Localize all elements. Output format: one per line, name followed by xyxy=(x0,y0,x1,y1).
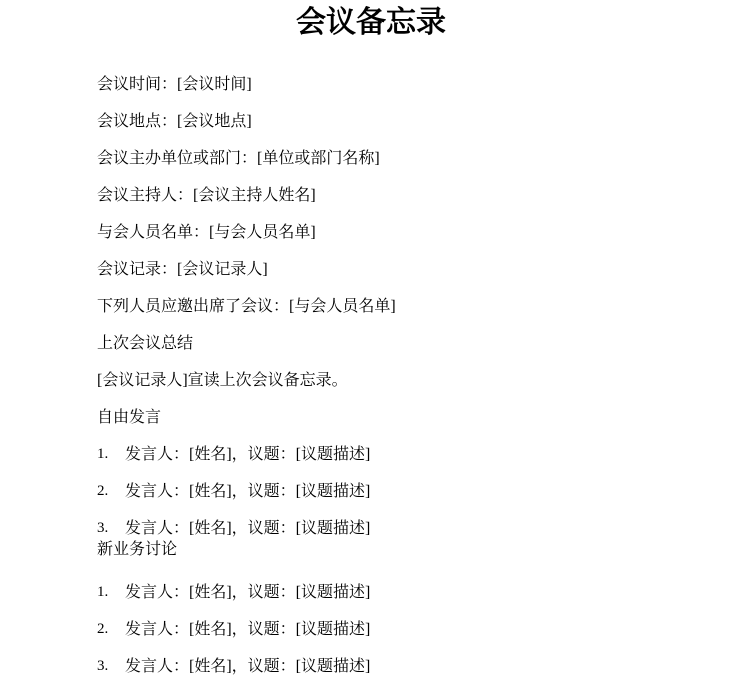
list-item-text: 发言人：[姓名]，议题：[议题描述] xyxy=(125,621,370,638)
list-item-text: 发言人：[姓名]，议题：[议题描述] xyxy=(125,658,370,675)
document-title: 会议备忘录 xyxy=(0,6,742,40)
list-item-text: 发言人：[姓名]，议题：[议题描述] xyxy=(125,520,370,537)
new-business-list: 1. 发言人：[姓名]，议题：[议题描述] 2. 发言人：[姓名]，议题：[议题… xyxy=(97,582,682,675)
paragraph-last-meeting-readout: [会议记录人]宣读上次会议备忘录。 xyxy=(97,370,682,391)
section-heading-last-meeting-summary: 上次会议总结 xyxy=(97,333,682,354)
free-discussion-item-3: 3. 发言人：[姓名]，议题：[议题描述] xyxy=(97,518,682,539)
free-discussion-list: 1. 发言人：[姓名]，议题：[议题描述] 2. 发言人：[姓名]，议题：[议题… xyxy=(97,444,682,539)
new-business-item-2: 2. 发言人：[姓名]，议题：[议题描述] xyxy=(97,619,682,640)
list-item-number: 1. xyxy=(97,582,108,603)
meta-line-meeting-recorder: 会议记录：[会议记录人] xyxy=(97,259,682,280)
new-business-item-3: 3. 发言人：[姓名]，议题：[议题描述] xyxy=(97,656,682,675)
meta-line-attendee-list: 与会人员名单：[与会人员名单] xyxy=(97,222,682,243)
new-business-item-1: 1. 发言人：[姓名]，议题：[议题描述] xyxy=(97,582,682,603)
free-discussion-item-1: 1. 发言人：[姓名]，议题：[议题描述] xyxy=(97,444,682,465)
meta-line-organizer-unit: 会议主办单位或部门：[单位或部门名称] xyxy=(97,148,682,169)
section-heading-new-business: 新业务讨论 xyxy=(97,539,682,560)
list-item-text: 发言人：[姓名]，议题：[议题描述] xyxy=(125,584,370,601)
meta-line-invited-attendees: 下列人员应邀出席了会议：[与会人员名单] xyxy=(97,296,682,317)
list-item-number: 1. xyxy=(97,444,108,465)
document-page: 会议备忘录 会议时间：[会议时间] 会议地点：[会议地点] 会议主办单位或部门：… xyxy=(0,0,742,675)
list-item-number: 3. xyxy=(97,656,108,675)
list-item-text: 发言人：[姓名]，议题：[议题描述] xyxy=(125,446,370,463)
list-item-text: 发言人：[姓名]，议题：[议题描述] xyxy=(125,483,370,500)
document-body: 会议时间：[会议时间] 会议地点：[会议地点] 会议主办单位或部门：[单位或部门… xyxy=(0,74,742,675)
list-item-number: 2. xyxy=(97,619,108,640)
section-heading-free-discussion: 自由发言 xyxy=(97,407,682,428)
meta-line-meeting-time: 会议时间：[会议时间] xyxy=(97,74,682,95)
free-discussion-item-2: 2. 发言人：[姓名]，议题：[议题描述] xyxy=(97,481,682,502)
meta-line-meeting-location: 会议地点：[会议地点] xyxy=(97,111,682,132)
list-item-number: 2. xyxy=(97,481,108,502)
list-item-number: 3. xyxy=(97,518,108,539)
meta-line-meeting-host: 会议主持人：[会议主持人姓名] xyxy=(97,185,682,206)
